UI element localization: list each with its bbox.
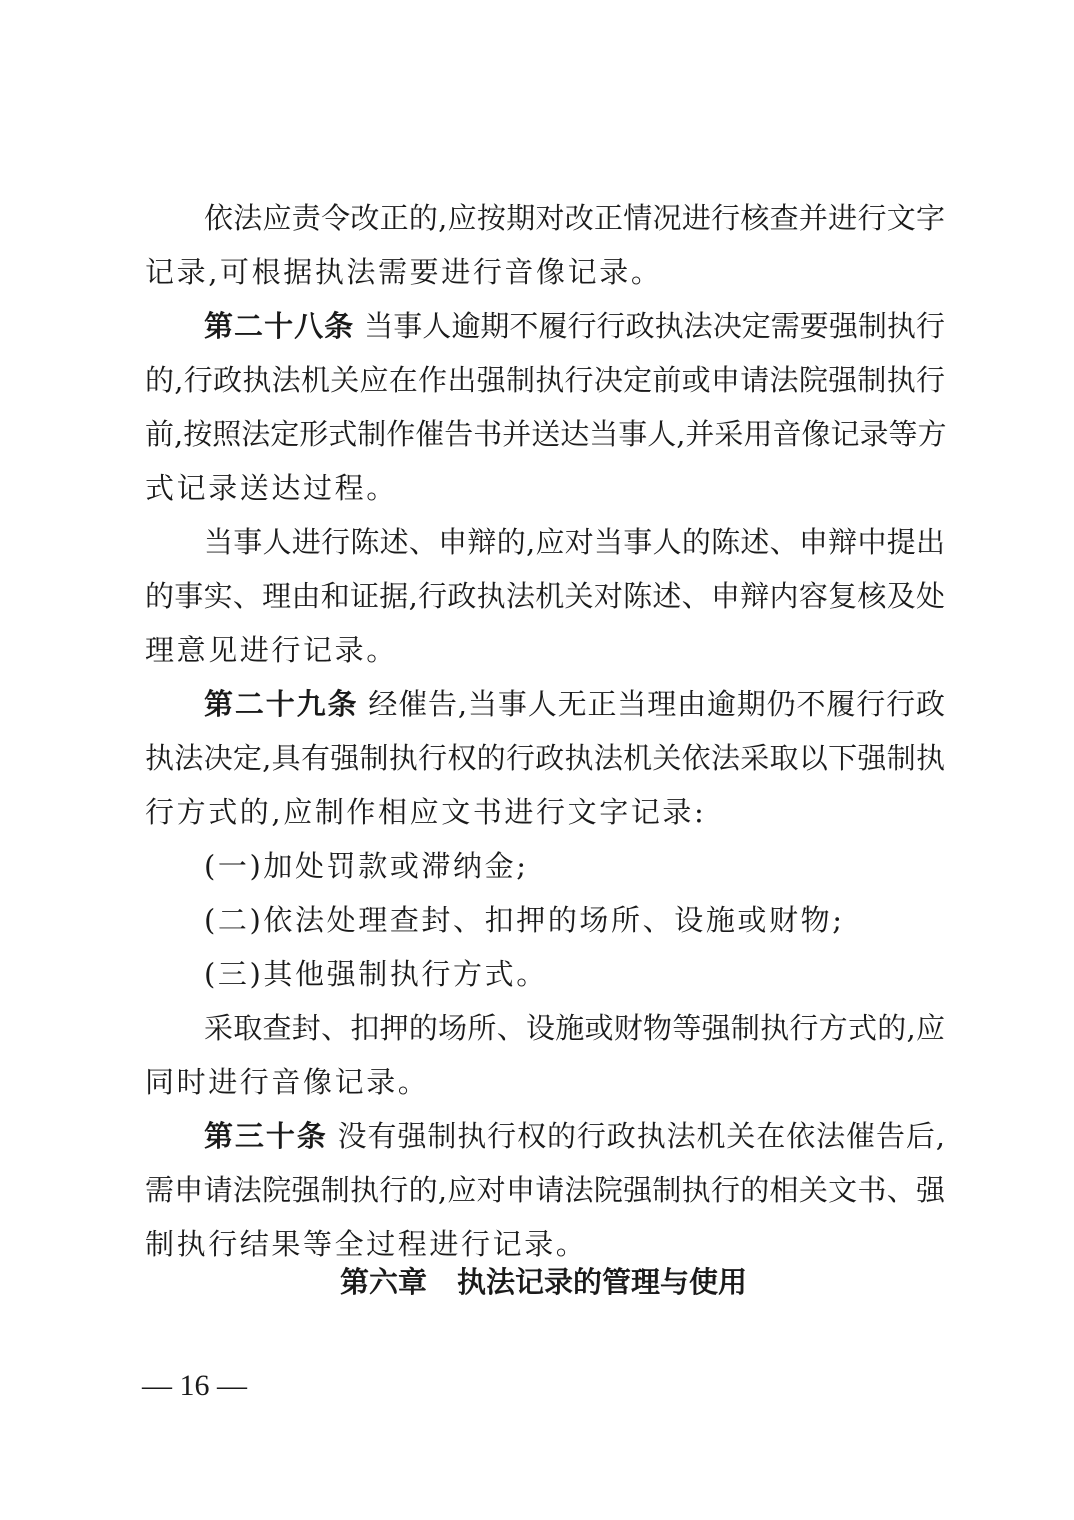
line-text: (一)加处罚款或滞纳金; <box>204 849 529 883</box>
line-text: 采取查封、扣押的场所、设施或财物等强制执行方式的,应 <box>204 1011 945 1045</box>
line-text: 前,按照法定形式制作催告书并送达当事人,并采用音像记录等方 <box>145 417 946 451</box>
line-text: (二)依法处理查封、扣押的场所、设施或财物; <box>204 903 845 937</box>
chapter-title: 执法记录的管理与使用 <box>457 1265 747 1299</box>
line-text: 当事人逾期不履行行政执法决定需要强制执行 <box>364 309 945 343</box>
paragraph-line: 同时进行音像记录。 <box>145 1062 945 1102</box>
line-text: 行方式的,应制作相应文书进行文字记录: <box>145 795 706 829</box>
line-text: 依法应责令改正的,应按期对改正情况进行核查并进行文字 <box>204 201 945 235</box>
paragraph-line: 记录,可根据执法需要进行音像记录。 <box>145 252 945 292</box>
paragraph-line: 制执行结果等全过程进行记录。 <box>145 1224 945 1264</box>
paragraph-line: 当事人进行陈述、申辩的,应对当事人的陈述、申辩中提出 <box>204 522 945 562</box>
paragraph-line: 执法决定,具有强制执行权的行政执法机关依法采取以下强制执 <box>145 738 945 778</box>
line-text: 的,行政执法机关应在作出强制执行决定前或申请法院强制执行 <box>145 363 945 397</box>
list-item: (一)加处罚款或滞纳金; <box>204 846 945 886</box>
line-text: 没有强制执行权的行政执法机关在依法催告后, <box>338 1119 945 1153</box>
line-text: 式记录送达过程。 <box>145 471 398 505</box>
article-number: 第三十条 <box>204 1119 328 1153</box>
line-text: 同时进行音像记录。 <box>145 1065 429 1099</box>
line-text: (三)其他强制执行方式。 <box>204 957 548 991</box>
paragraph-line: 的事实、理由和证据,行政执法机关对陈述、申辩内容复核及处 <box>145 576 945 616</box>
paragraph-line: 理意见进行记录。 <box>145 630 945 670</box>
line-text: 记录,可根据执法需要进行音像记录。 <box>145 255 662 289</box>
list-item: (二)依法处理查封、扣押的场所、设施或财物; <box>204 900 945 940</box>
article-30-heading-line: 第三十条没有强制执行权的行政执法机关在依法催告后, <box>204 1116 945 1156</box>
document-page: 依法应责令改正的,应按期对改正情况进行核查并进行文字 记录,可根据执法需要进行音… <box>0 0 1074 1520</box>
line-text: 制执行结果等全过程进行记录。 <box>145 1227 587 1261</box>
chapter-heading: 第六章执法记录的管理与使用 <box>340 1262 747 1302</box>
article-number: 第二十九条 <box>204 687 358 721</box>
line-text: 执法决定,具有强制执行权的行政执法机关依法采取以下强制执 <box>145 741 945 775</box>
paragraph-line: 采取查封、扣押的场所、设施或财物等强制执行方式的,应 <box>204 1008 945 1048</box>
paragraph-line: 前,按照法定形式制作催告书并送达当事人,并采用音像记录等方 <box>145 414 945 454</box>
line-text: 的事实、理由和证据,行政执法机关对陈述、申辩内容复核及处 <box>145 579 945 613</box>
line-text: 经催告,当事人无正当理由逾期仍不履行行政 <box>368 687 945 721</box>
line-text: 当事人进行陈述、申辩的,应对当事人的陈述、申辩中提出 <box>204 525 945 559</box>
page-number: — 16 — <box>142 1366 247 1406</box>
article-number: 第二十八条 <box>204 309 354 343</box>
article-29-heading-line: 第二十九条经催告,当事人无正当理由逾期仍不履行行政 <box>204 684 945 724</box>
paragraph-line: 的,行政执法机关应在作出强制执行决定前或申请法院强制执行 <box>145 360 945 400</box>
line-text: 需申请法院强制执行的,应对申请法院强制执行的相关文书、强 <box>145 1173 945 1207</box>
list-item: (三)其他强制执行方式。 <box>204 954 945 994</box>
paragraph-line: 依法应责令改正的,应按期对改正情况进行核查并进行文字 <box>204 198 945 238</box>
article-28-heading-line: 第二十八条当事人逾期不履行行政执法决定需要强制执行 <box>204 306 945 346</box>
chapter-number: 第六章 <box>340 1265 427 1299</box>
paragraph-line: 需申请法院强制执行的,应对申请法院强制执行的相关文书、强 <box>145 1170 945 1210</box>
line-text: 理意见进行记录。 <box>145 633 398 667</box>
paragraph-line: 式记录送达过程。 <box>145 468 945 508</box>
paragraph-line: 行方式的,应制作相应文书进行文字记录: <box>145 792 945 832</box>
